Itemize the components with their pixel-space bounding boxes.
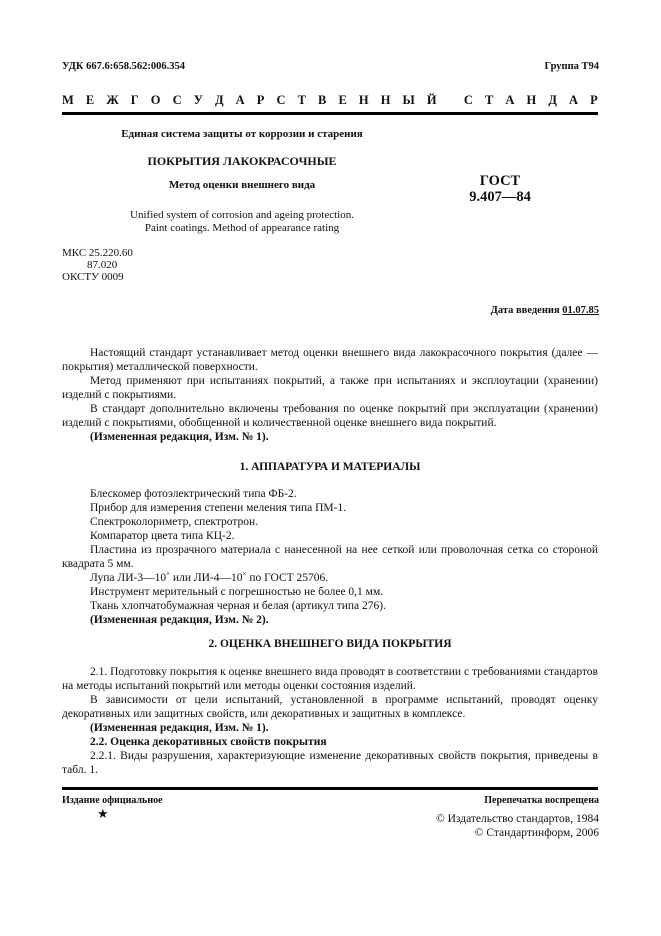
banner-letter: О (151, 93, 161, 108)
banner-letter: Н (359, 93, 369, 108)
section-1-list: Блескомер фотоэлектрический типа ФБ-2. П… (62, 487, 598, 627)
mks-code-2: 87.020 (62, 259, 133, 271)
banner-letter: Д (215, 93, 224, 108)
equipment-item: Пластина из прозрачного материала с нане… (62, 543, 598, 571)
banner-letter: А (569, 93, 578, 108)
intro-paragraph-3: В стандарт дополнительно включены требов… (62, 402, 598, 430)
equipment-item: Прибор для измерения степени меления тип… (62, 501, 598, 515)
clause-2-2-1: 2.2.1. Виды разрушения, характеризующие … (62, 749, 598, 777)
intro-paragraph-2: Метод применяют при испытаниях покрытий,… (62, 374, 598, 402)
section-2-body: 2.1. Подготовку покрытия к оценке внешне… (62, 665, 598, 777)
intro-paragraph-1: Настоящий стандарт устанавливает метод о… (62, 346, 598, 374)
document-title: ПОКРЫТИЯ ЛАКОКРАСОЧНЫЕ (62, 154, 422, 169)
clause-2-2-heading: 2.2. Оценка декоративных свойств покрыти… (62, 735, 598, 749)
loupe-text-b: или ЛИ-4—10 (170, 572, 242, 584)
banner-letter: Ы (403, 93, 415, 108)
classification-codes: МКС 25.220.60 87.020 ОКСТУ 0009 (62, 247, 133, 283)
banner-letter: Р (257, 93, 265, 108)
banner-letter: Т (298, 93, 306, 108)
english-title: Unified system of corrosion and ageing p… (62, 209, 422, 235)
loupe-text-a: Лупа ЛИ-3—10 (90, 572, 166, 584)
banner-letter: Ж (106, 93, 118, 108)
section-1-heading: 1. АППАРАТУРА И МАТЕРИАЛЫ (62, 460, 598, 474)
equipment-item: Инструмент мерительный с погрешностью не… (62, 585, 598, 599)
equipment-item: Блескомер фотоэлектрический типа ФБ-2. (62, 487, 598, 501)
equipment-item: Ткань хлопчатобумажная черная и белая (а… (62, 599, 598, 613)
official-edition-label: Издание официальное (62, 795, 163, 806)
equipment-item: Компаратор цвета типа КЦ-2. (62, 529, 598, 543)
star-icon: ★ (97, 806, 109, 822)
banner-letter: Т (485, 93, 493, 108)
copyright-1984: © Издательство стандартов, 1984 (436, 812, 599, 826)
equipment-item: Спектроколориметр, спектротрон. (62, 515, 598, 529)
date-value: 01.07.85 (562, 305, 599, 316)
reprint-prohibited-label: Перепечатка воспрещена (484, 795, 599, 806)
banner-letter: Н (381, 93, 391, 108)
copyright-2006: © Стандартинформ, 2006 (436, 826, 599, 840)
banner-letter: Н (527, 93, 537, 108)
banner-letter: Р (590, 93, 598, 108)
banner-letter: С (464, 93, 473, 108)
clause-2-1-continued: В зависимости от цели испытаний, установ… (62, 693, 598, 721)
banner-letter: Е (338, 93, 346, 108)
gost-designation: ГОСТ 9.407—84 (455, 173, 545, 205)
banner-letter: Й (427, 93, 437, 108)
banner-letter: Г (131, 93, 139, 108)
document-subtitle: Метод оценки внешнего вида (62, 179, 422, 191)
group-code: Группа Т94 (545, 61, 599, 72)
interstate-standard-banner: М Е Ж Г О С У Д А Р С Т В Е Н Н Ы Й С Т … (62, 93, 598, 108)
banner-letter: М (62, 93, 74, 108)
top-rule-divider (62, 112, 598, 115)
clause-2-1: 2.1. Подготовку покрытия к оценке внешне… (62, 665, 598, 693)
banner-letter: А (505, 93, 514, 108)
bottom-rule-divider (62, 787, 598, 790)
banner-letter: С (173, 93, 182, 108)
english-title-line-1: Unified system of corrosion and ageing p… (62, 209, 422, 222)
copyright-block: © Издательство стандартов, 1984 © Станда… (436, 812, 599, 840)
okstu-code: ОКСТУ 0009 (62, 271, 133, 283)
mks-code: МКС 25.220.60 (62, 247, 133, 259)
amendment-note: (Измененная редакция, Изм. № 1). (62, 430, 598, 444)
english-title-line-2: Paint coatings. Method of appearance rat… (62, 222, 422, 235)
system-name: Единая система защиты от коррозии и стар… (62, 128, 422, 140)
section-2-heading: 2. ОЦЕНКА ВНЕШНЕГО ВИДА ПОКРЫТИЯ (62, 637, 598, 651)
equipment-item-loupe: Лупа ЛИ-3—10× или ЛИ-4—10× по ГОСТ 25706… (62, 571, 598, 585)
banner-letter: А (236, 93, 245, 108)
intro-section: Настоящий стандарт устанавливает метод о… (62, 346, 598, 444)
banner-letter: Д (548, 93, 557, 108)
loupe-text-c: по ГОСТ 25706. (246, 572, 328, 584)
banner-gap (449, 93, 452, 108)
banner-letter: У (194, 93, 203, 108)
gost-number: 9.407—84 (455, 189, 545, 205)
banner-letter: В (318, 93, 326, 108)
amendment-note: (Измененная редакция, Изм. № 1). (62, 721, 598, 735)
date-label: Дата введения (491, 305, 560, 316)
udk-code: УДК 667.6:658.562:006.354 (62, 61, 185, 72)
banner-letter: Е (86, 93, 94, 108)
banner-letter: С (277, 93, 286, 108)
effective-date: Дата введения 01.07.85 (491, 305, 599, 316)
amendment-note: (Измененная редакция, Изм. № 2). (62, 613, 598, 627)
gost-label: ГОСТ (455, 173, 545, 189)
